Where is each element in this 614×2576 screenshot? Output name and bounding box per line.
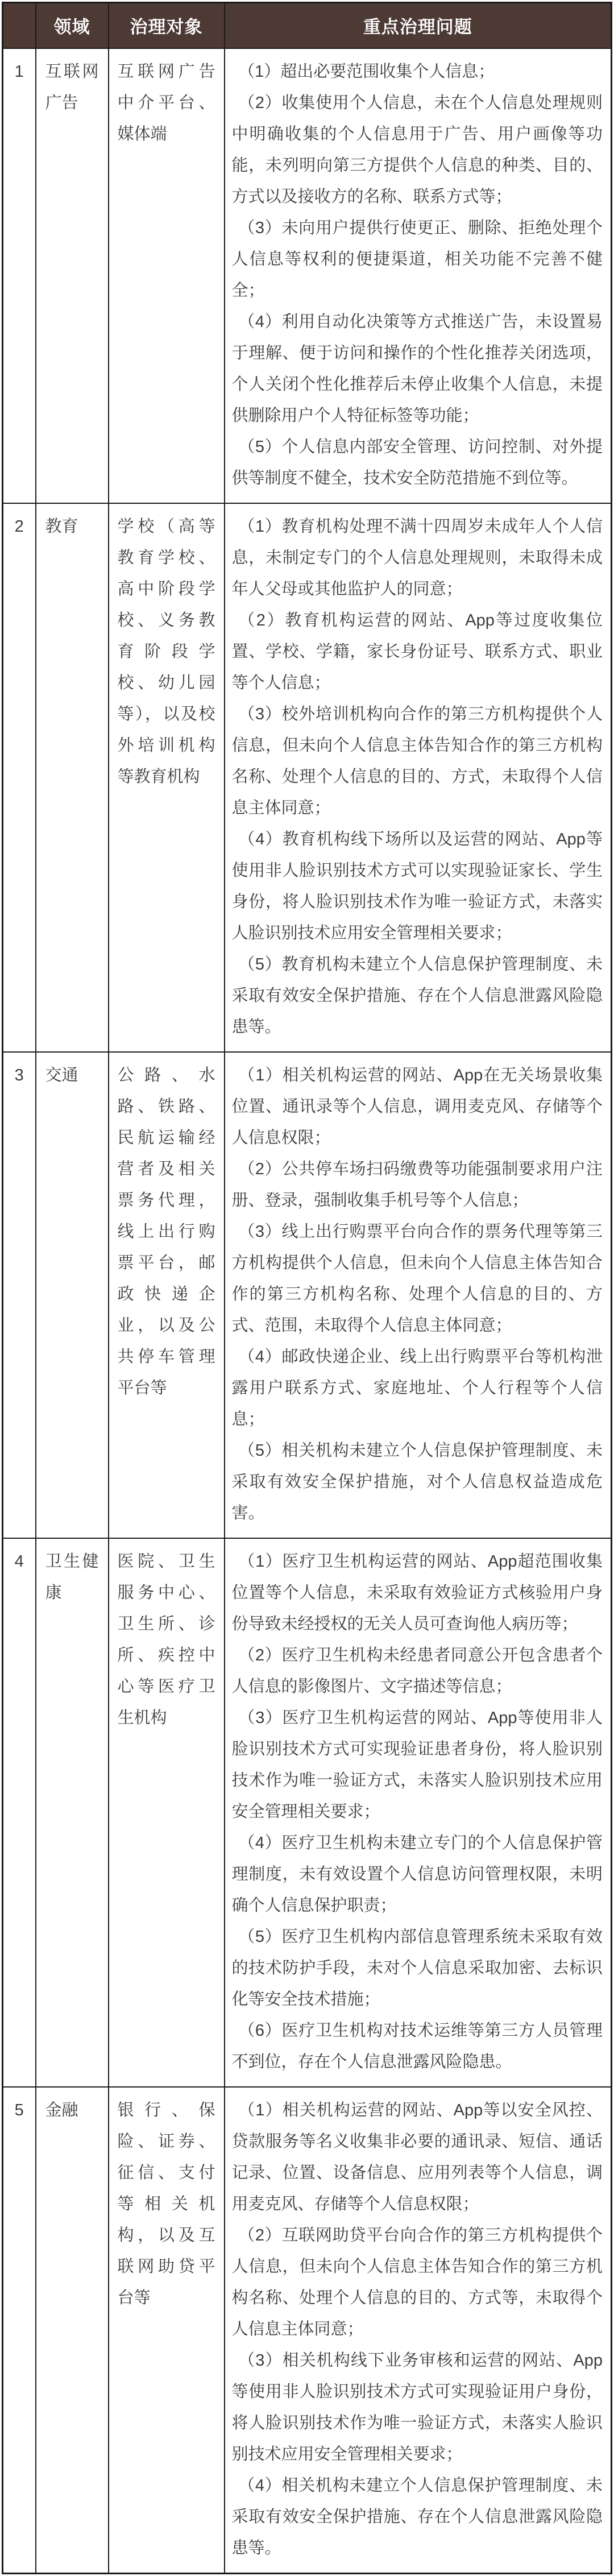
issue-item: （2）医疗卫生机构未经患者同意公开包含患者个人信息的影像图片、文字描述等信息； [232, 1640, 603, 1703]
table-row: 3交通公路、水路、铁路、民航运输经营者及相关票务代理，线上出行购票平台，邮政快递… [3, 1052, 612, 1538]
issue-item: （5）医疗卫生机构内部信息管理系统未采取有效的技术防护手段，未对个人信息采取加密… [232, 1921, 603, 2015]
issue-item: （2）收集使用个人信息，未在个人信息处理规则中明确收集的个人信息用于广告、用户画… [232, 88, 603, 213]
issue-item: （4）邮政快递企业、线上出行购票平台等机构泄露用户联系方式、家庭地址、个人行程等… [232, 1341, 603, 1435]
field-cell: 金融 [36, 2087, 109, 2574]
issue-item: （1）相关机构运营的网站、App等以安全风控、贷款服务等名义收集非必要的通讯录、… [232, 2095, 603, 2220]
issue-item: （2）互联网助贷平台向合作的第三方机构提供个人信息，但未向个人信息主体告知合作的… [232, 2220, 603, 2345]
issue-item: （4）利用自动化决策等方式推送广告，未设置易于理解、便于访问和操作的个性化推荐关… [232, 307, 603, 432]
issue-item: （3）相关机构线下业务审核和运营的网站、App等使用非人脸识别技术方式可实现验证… [232, 2345, 603, 2470]
header-cell-field: 领域 [36, 3, 109, 48]
issue-item: （4）医疗卫生机构未建立专门的个人信息保护管理制度，未有效设置个人信息访问管理权… [232, 1828, 603, 1921]
issue-item: （3）未向用户提供行使更正、删除、拒绝处理个人信息等权利的便捷渠道，相关功能不完… [232, 213, 603, 307]
row-number-cell: 2 [3, 503, 36, 1052]
target-cell: 银行、保险、证券、征信、支付等相关机构，以及互联网助贷平台等 [109, 2087, 225, 2574]
row-number-cell: 1 [3, 48, 36, 503]
target-cell: 医院、卫生服务中心、卫生所、诊所、疾控中心等医疗卫生机构 [109, 1538, 225, 2087]
header-row: 领域 治理对象 重点治理问题 [3, 3, 612, 48]
issue-item: （1）医疗卫生机构运营的网站、App超范围收集位置等个人信息，未采取有效验证方式… [232, 1546, 603, 1640]
field-cell: 卫生健康 [36, 1538, 109, 2087]
target-cell: 公路、水路、铁路、民航运输经营者及相关票务代理，线上出行购票平台，邮政快递企业，… [109, 1052, 225, 1538]
document-page: 领域 治理对象 重点治理问题 1互联网广告互联网广告中介平台、媒体端（1）超出必… [0, 0, 614, 2576]
issue-item: （1）超出必要范围收集个人信息； [232, 56, 603, 88]
row-number-cell: 3 [3, 1052, 36, 1538]
table-row: 1互联网广告互联网广告中介平台、媒体端（1）超出必要范围收集个人信息；（2）收集… [3, 48, 612, 503]
table-row: 4卫生健康医院、卫生服务中心、卫生所、诊所、疾控中心等医疗卫生机构（1）医疗卫生… [3, 1538, 612, 2087]
issue-item: （5）教育机构未建立个人信息保护管理制度、未采取有效安全保护措施、存在个人信息泄… [232, 949, 603, 1043]
issue-item: （4）教育机构线下场所以及运营的网站、App等使用非人脸识别技术方式可以实现验证… [232, 824, 603, 949]
issue-item: （3）线上出行购票平台向合作的票务代理等第三方机构提供个人信息，但未向个人信息主… [232, 1216, 603, 1341]
issue-item: （1）相关机构运营的网站、App在无关场景收集位置、通讯录等个人信息，调用麦克风… [232, 1060, 603, 1154]
issues-cell: （1）教育机构处理不满十四周岁未成年人个人信息，未制定专门的个人信息处理规则，未… [225, 503, 612, 1052]
target-cell: 互联网广告中介平台、媒体端 [109, 48, 225, 503]
issue-item: （2）教育机构运营的网站、App等过度收集位置、学校、学籍，家长身份证号、联系方… [232, 605, 603, 699]
table-body: 1互联网广告互联网广告中介平台、媒体端（1）超出必要范围收集个人信息；（2）收集… [3, 48, 612, 2574]
field-cell: 教育 [36, 503, 109, 1052]
issue-item: （4）相关机构未建立个人信息保护管理制度、未采取有效安全保护措施、存在个人信息泄… [232, 2470, 603, 2564]
row-number-cell: 5 [3, 2087, 36, 2574]
issue-item: （6）医疗卫生机构对技术运维等第三方人员管理不到位，存在个人信息泄露风险隐患。 [232, 2015, 603, 2078]
field-cell: 互联网广告 [36, 48, 109, 503]
issue-item: （5）相关机构未建立个人信息保护管理制度、未采取有效安全保护措施，对个人信息权益… [232, 1435, 603, 1529]
issues-cell: （1）超出必要范围收集个人信息；（2）收集使用个人信息，未在个人信息处理规则中明… [225, 48, 612, 503]
issues-cell: （1）医疗卫生机构运营的网站、App超范围收集位置等个人信息，未采取有效验证方式… [225, 1538, 612, 2087]
governance-table: 领域 治理对象 重点治理问题 1互联网广告互联网广告中介平台、媒体端（1）超出必… [2, 2, 612, 2574]
field-cell: 交通 [36, 1052, 109, 1538]
issue-item: （3）医疗卫生机构运营的网站、App等使用非人脸识别技术方式可实现验证患者身份，… [232, 1703, 603, 1828]
header-cell-issues: 重点治理问题 [225, 3, 612, 48]
target-cell: 学校（高等教育学校、高中阶段学校、义务教育阶段学校、幼儿园等），以及校外培训机构… [109, 503, 225, 1052]
issue-item: （1）教育机构处理不满十四周岁未成年人个人信息，未制定专门的个人信息处理规则，未… [232, 511, 603, 605]
header-cell-index [3, 3, 36, 48]
issue-item: （5）个人信息内部安全管理、访问控制、对外提供等制度不健全，技术安全防范措施不到… [232, 432, 603, 494]
issue-item: （2）公共停车场扫码缴费等功能强制要求用户注册、登录，强制收集手机号等个人信息； [232, 1154, 603, 1216]
row-number-cell: 4 [3, 1538, 36, 2087]
issues-cell: （1）相关机构运营的网站、App等以安全风控、贷款服务等名义收集非必要的通讯录、… [225, 2087, 612, 2574]
header-cell-target: 治理对象 [109, 3, 225, 48]
issues-cell: （1）相关机构运营的网站、App在无关场景收集位置、通讯录等个人信息，调用麦克风… [225, 1052, 612, 1538]
table-row: 2教育学校（高等教育学校、高中阶段学校、义务教育阶段学校、幼儿园等），以及校外培… [3, 503, 612, 1052]
issue-item: （3）校外培训机构向合作的第三方机构提供个人信息，但未向个人信息主体告知合作的第… [232, 699, 603, 824]
table-row: 5金融银行、保险、证券、征信、支付等相关机构，以及互联网助贷平台等（1）相关机构… [3, 2087, 612, 2574]
